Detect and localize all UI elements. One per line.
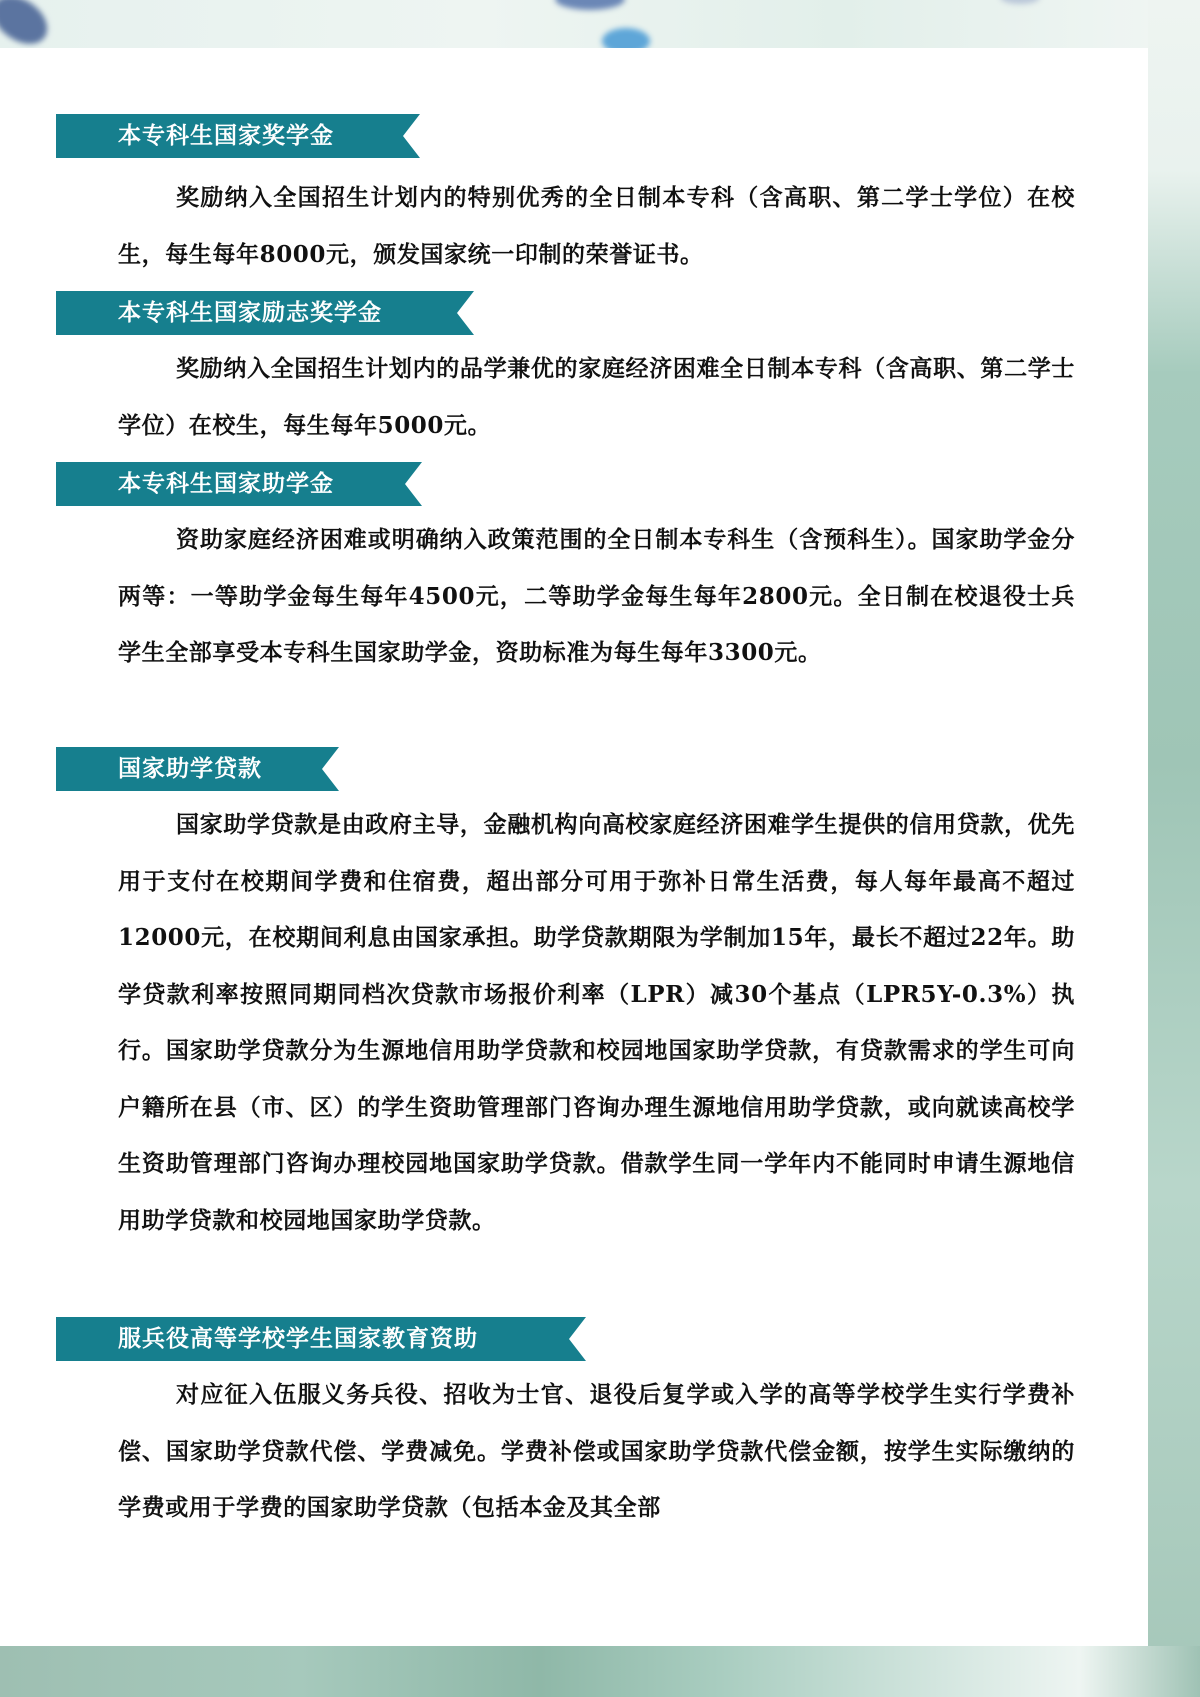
section-body-national-scholarship: 奖励纳入全国招生计划内的特别优秀的全日制本专科（含高职、第二学士学位）在校生，每…	[118, 170, 1075, 283]
section-heading-national-grant: 本专科生国家助学金	[56, 462, 422, 506]
decorative-side-background	[1148, 0, 1200, 1697]
decorative-footer-background	[0, 1646, 1200, 1697]
section-heading-military-service-education-aid: 服兵役高等学校学生国家教育资助	[56, 1317, 586, 1361]
section-body-military-service-education-aid: 对应征入伍服义务兵役、招收为士官、退役后复学或入学的高等学校学生实行学费补偿、国…	[118, 1367, 1075, 1537]
decorative-ink-blot	[555, 0, 625, 10]
decorative-header-background	[0, 0, 1200, 50]
section-body-national-encouragement-scholarship: 奖励纳入全国招生计划内的品学兼优的家庭经济困难全日制本专科（含高职、第二学士学位…	[118, 341, 1075, 454]
section-body-national-student-loan: 国家助学贷款是由政府主导，金融机构向高校家庭经济困难学生提供的信用贷款，优先用于…	[118, 797, 1075, 1249]
section-body-national-grant: 资助家庭经济困难或明确纳入政策范围的全日制本专科生（含预科生）。国家助学金分两等…	[118, 512, 1075, 682]
section-heading-national-student-loan: 国家助学贷款	[56, 747, 339, 791]
decorative-ink-blot	[0, 0, 56, 54]
decorative-ink-blot	[1000, 0, 1040, 4]
section-heading-national-encouragement-scholarship: 本专科生国家励志奖学金	[56, 291, 474, 335]
section-heading-national-scholarship: 本专科生国家奖学金	[56, 114, 420, 158]
